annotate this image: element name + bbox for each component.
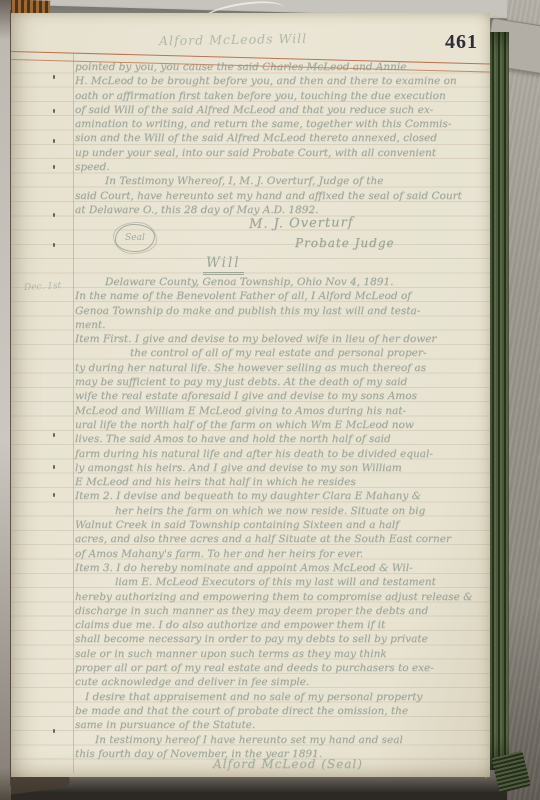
manuscript-line: E McLeod and his heirs that half in whic… <box>75 475 487 489</box>
manuscript-line: of Amos Mahany's farm. To her and her he… <box>75 547 487 561</box>
manuscript-line: ural life the north half of the farm on … <box>75 418 487 432</box>
binding-stitch <box>53 75 55 79</box>
book-cover-right-fabric <box>507 0 540 800</box>
binding-stitch <box>53 243 55 247</box>
manuscript-line: said Court, have hereunto set my hand an… <box>75 189 487 203</box>
commission-text: pointed by you, you cause the said Charl… <box>75 60 487 217</box>
judge-signature: M. J. Overturf <box>249 215 354 232</box>
manuscript-line: acres, and also three acres and a half S… <box>75 532 487 546</box>
manuscript-line: sion and the Will of the said Alfred McL… <box>75 131 487 145</box>
manuscript-line: Item 3. I do hereby nominate and appoint… <box>75 561 487 575</box>
margin-note: Dec. 1st <box>24 281 62 293</box>
page-fore-edge-stripes <box>490 32 509 770</box>
manuscript-line: her heirs the farm on which we now resid… <box>75 504 487 518</box>
manuscript-line: I desire that appraisement and no sale o… <box>75 690 487 704</box>
binding-stitch <box>53 109 55 113</box>
manuscript-line: pointed by you, you cause the said Charl… <box>75 60 487 74</box>
manuscript-line: claims due me. I do also authorize and e… <box>75 618 487 632</box>
manuscript-line: amination to writing, and return the sam… <box>75 117 487 131</box>
binding-stitch <box>53 165 55 169</box>
manuscript-line: sale or in such manner upon such terms a… <box>75 647 487 661</box>
manuscript-line: lives. The said Amos to have and hold th… <box>75 432 487 446</box>
margin-rule <box>73 53 74 773</box>
manuscript-line: proper all or part of my real estate and… <box>75 661 487 675</box>
manuscript-line: In testimony hereof I have hereunto set … <box>75 733 487 747</box>
manuscript-line: McLeod and William E McLeod giving to Am… <box>75 404 487 418</box>
manuscript-line: ty during her natural life. She however … <box>75 361 487 375</box>
manuscript-line: In the name of the Benevolent Father of … <box>75 289 487 303</box>
manuscript-line: shall become necessary in order to pay m… <box>75 632 487 646</box>
binding-stitch <box>53 139 55 143</box>
binding-stitch <box>53 433 55 437</box>
binding-stitch <box>53 729 55 733</box>
binding-stitch <box>53 493 55 497</box>
manuscript-line: wife the real estate aforesaid I give an… <box>75 389 487 403</box>
manuscript-line: same in pursuance of the Statute. <box>75 718 487 732</box>
manuscript-line: ment. <box>75 318 487 332</box>
will-heading: Will <box>203 255 244 275</box>
manuscript-line: Item 2. I devise and bequeath to my daug… <box>75 489 487 503</box>
manuscript-line: be made and that the court of probate di… <box>75 704 487 718</box>
seal-drawing: Seal <box>115 224 155 252</box>
binding-stitch <box>53 213 55 217</box>
manuscript-line: H. McLeod to be brought before you, and … <box>75 74 487 88</box>
manuscript-line: Item First. I give and devise to my belo… <box>75 332 487 346</box>
binding-stitch <box>53 465 55 469</box>
manuscript-line: speed. <box>75 160 487 174</box>
manuscript-line: farm during his natural life and after h… <box>75 447 487 461</box>
manuscript-line: ly amongst his heirs. And I give and dev… <box>75 461 487 475</box>
manuscript-line: liam E. McLeod Executors of this my last… <box>75 575 487 589</box>
manuscript-line: may be sufficient to pay my just debts. … <box>75 375 487 389</box>
manuscript-line: up under your seal, into our said Probat… <box>75 146 487 160</box>
manuscript-line: discharge in such manner as they may dee… <box>75 604 487 618</box>
manuscript-line: Delaware County, Genoa Township, Ohio No… <box>75 275 487 289</box>
manuscript-line: the control of all of my real estate and… <box>75 346 487 360</box>
testator-signature: Alford McLeod (Seal) <box>213 757 363 771</box>
manuscript-line: Genoa Township do make and publish this … <box>75 304 487 318</box>
will-text: Delaware County, Genoa Township, Ohio No… <box>75 275 487 761</box>
manuscript-line: In Testimony Whereof, I, M. J. Overturf,… <box>75 174 487 188</box>
photo-background: 461 Alford McLeods Will Dec. 1st pointed… <box>0 0 540 800</box>
manuscript-line: hereby authorizing and empowering them t… <box>75 590 487 604</box>
manuscript-line: Walnut Creek in said Township containing… <box>75 518 487 532</box>
judge-title: Probate Judge <box>295 236 395 250</box>
page-number: 461 <box>445 31 478 54</box>
ledger-page: 461 Alford McLeods Will Dec. 1st pointed… <box>11 13 490 777</box>
manuscript-line: of said Will of the said Alfred McLeod a… <box>75 103 487 117</box>
manuscript-line: oath or affirmation first taken before y… <box>75 89 487 103</box>
manuscript-line: cute acknowledge and deliver in fee simp… <box>75 675 487 689</box>
seal-label: Seal <box>125 233 145 243</box>
running-title: Alford McLeods Will <box>159 31 307 49</box>
manuscript-line: at Delaware O., this 28 day of May A.D. … <box>75 203 487 217</box>
